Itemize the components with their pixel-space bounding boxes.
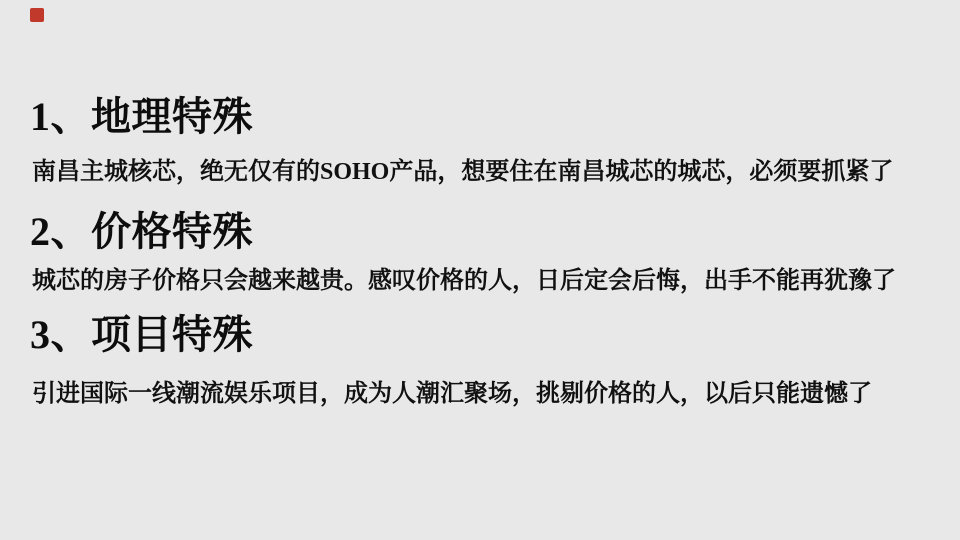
section-2-body: 城芯的房子价格只会越来越贵。感叹价格的人，日后定会后悔，出手不能再犹豫了 xyxy=(32,266,896,296)
red-square-logo-icon xyxy=(30,8,44,22)
presentation-slide: 1、地理特殊 南昌主城核芯，绝无仅有的SOHO产品，想要住在南昌城芯的城芯，必须… xyxy=(0,0,960,540)
section-3-heading: 3、项目特殊 xyxy=(30,313,253,357)
section-1-body: 南昌主城核芯，绝无仅有的SOHO产品，想要住在南昌城芯的城芯，必须要抓紧了 xyxy=(32,157,893,187)
section-1-heading: 1、地理特殊 xyxy=(30,95,253,139)
section-2-heading: 2、价格特殊 xyxy=(30,210,253,254)
section-3-body: 引进国际一线潮流娱乐项目，成为人潮汇聚场，挑剔价格的人，以后只能遗憾了 xyxy=(32,379,872,409)
